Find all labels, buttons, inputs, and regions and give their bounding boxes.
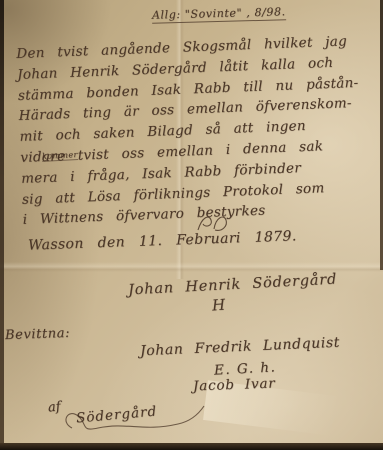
- manuscript-photo: Allg: "Sovinte" , 8/98. Den tvist angåen…: [0, 0, 383, 450]
- signature-mark: H: [211, 296, 225, 315]
- witness-label: Bevittna:: [5, 326, 71, 343]
- book-edge-bottom: [0, 443, 383, 450]
- paper-crease-horizontal: [0, 262, 383, 272]
- dateline: Wasson den 11. Februari 1879.: [28, 228, 297, 253]
- book-edge-left: [0, 0, 4, 450]
- footer-prefix: af: [47, 399, 61, 415]
- signature-principal: Johan Henrik Södergård: [128, 272, 338, 299]
- witness-signature: Johan Fredrik Lundquist: [140, 335, 341, 360]
- interlinear-insertion: kommer: [42, 150, 78, 162]
- archival-annotation: Allg: "Sovinte" , 8/98.: [152, 5, 286, 23]
- manuscript-body: Den tvist angående Skogsmål hvilket jag …: [16, 31, 364, 231]
- witness-signature: Jacob Ivar: [193, 376, 276, 395]
